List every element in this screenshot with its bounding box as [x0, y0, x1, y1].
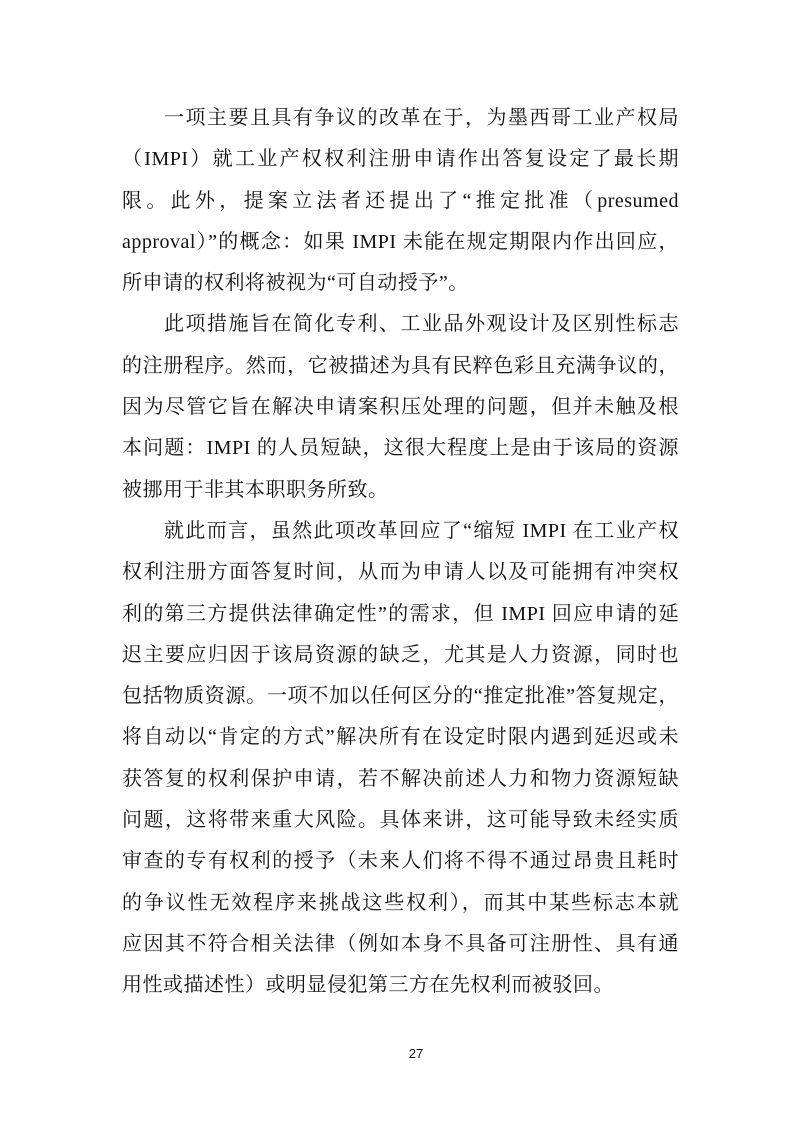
- text-line: 权利注册方面答复时间，从而为申请人以及可能拥有冲突权: [122, 552, 679, 593]
- text-line: 的争议性无效程序来挑战这些权利），而其中某些标志本就: [122, 883, 679, 924]
- text-line: 的注册程序。然而，它被描述为具有民粹色彩且充满争议的，: [122, 346, 679, 387]
- text-line: 获答复的权利保护申请，若不解决前述人力和物力资源短缺: [122, 759, 679, 800]
- text-line: 此项措施旨在简化专利、工业品外观设计及区别性标志: [122, 304, 679, 345]
- text-line: 因为尽管它旨在解决申请案积压处理的问题，但并未触及根: [122, 387, 679, 428]
- text-line: 利的第三方提供法律确定性”的需求，但 IMPI 回应申请的延: [122, 594, 679, 635]
- paragraph: 一项主要且具有争议的改革在于，为墨西哥工业产权局 （IMPI）就工业产权权利注册…: [122, 98, 679, 304]
- text-line: 问题，这将带来重大风险。具体来讲，这可能导致未经实质: [122, 800, 679, 841]
- text-line: approval）”的概念：如果 IMPI 未能在规定期限内作出回应，: [122, 222, 679, 263]
- text-line: 应因其不符合相关法律（例如本身不具备可注册性、具有通: [122, 924, 679, 965]
- text-line: 迟主要应归因于该局资源的缺乏，尤其是人力资源，同时也: [122, 635, 679, 676]
- paragraph: 就此而言，虽然此项改革回应了“缩短 IMPI 在工业产权 权利注册方面答复时间，…: [122, 511, 679, 1007]
- page-number: 27: [396, 1046, 436, 1062]
- document-page: 一项主要且具有争议的改革在于，为墨西哥工业产权局 （IMPI）就工业产权权利注册…: [0, 0, 793, 1122]
- text-line: 将自动以“肯定的方式”解决所有在设定时限内遇到延迟或未: [122, 717, 679, 758]
- text-line: 就此而言，虽然此项改革回应了“缩短 IMPI 在工业产权: [122, 511, 679, 552]
- text-line: 本问题：IMPI 的人员短缺，这很大程度上是由于该局的资源: [122, 428, 679, 469]
- text-line: 限。此外，提案立法者还提出了“推定批准（presumed: [122, 181, 679, 222]
- paragraph: 此项措施旨在简化专利、工业品外观设计及区别性标志 的注册程序。然而，它被描述为具…: [122, 304, 679, 510]
- text-line: 审查的专有权利的授予（未来人们将不得不通过昂贵且耗时: [122, 841, 679, 882]
- text-line: 所申请的权利将被视为“可自动授予”。: [122, 263, 679, 304]
- text-line: 包括物质资源。一项不加以任何区分的“推定批准”答复规定，: [122, 676, 679, 717]
- text-block: 一项主要且具有争议的改革在于，为墨西哥工业产权局 （IMPI）就工业产权权利注册…: [122, 98, 679, 1007]
- text-line: 一项主要且具有争议的改革在于，为墨西哥工业产权局: [122, 98, 679, 139]
- text-line: 用性或描述性）或明显侵犯第三方在先权利而被驳回。: [122, 965, 679, 1006]
- text-line: （IMPI）就工业产权权利注册申请作出答复设定了最长期: [122, 139, 679, 180]
- text-line: 被挪用于非其本职职务所致。: [122, 470, 679, 511]
